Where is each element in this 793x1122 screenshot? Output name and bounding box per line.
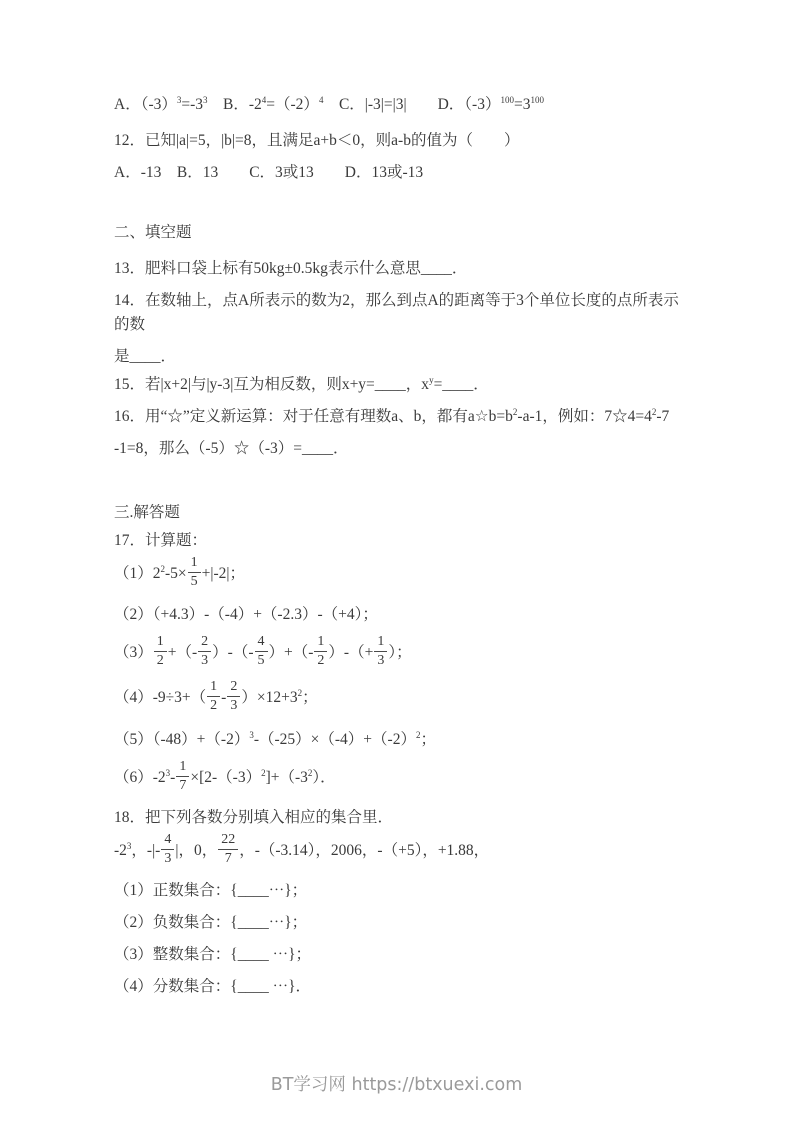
q17-part-1: （1）22-5×15+|-2|； [114,557,682,592]
exponent: 2 [513,407,518,417]
footer-watermark: BT学习网 https://btxuexi.com [0,1071,793,1096]
q17-part-5: （5）（-48）+（-2）3-（-25）×（-4）+（-2）2； [114,727,682,753]
fraction: 12 [154,634,167,669]
q17-part-3: （3）12+（-23）-（-45）+（-12）-（+13）； [114,636,682,671]
exponent: 2 [652,407,657,417]
fraction: 17 [176,759,189,794]
fraction: 23 [227,679,240,714]
q16-text-line2: -1=8，那么（-5）☆（-3）=____． [114,437,682,461]
exponent: 2 [261,768,266,778]
q17-part-4: （4）-9÷3+（12-23）×12+32； [114,681,682,716]
q17-label: 17．计算题： [114,529,682,553]
exponent: 4 [319,95,324,105]
q17-part-2: （2）（+4.3）-（-4）+（-2.3）-（+4）； [114,602,682,628]
q17-part-6: （6）-23-17×[2-（-3）2]+（-32）． [114,761,682,796]
q18-part-4: （4）分数集合：{____ ⋯}． [114,975,682,999]
exponent: 3 [166,768,171,778]
fraction: 43 [161,832,174,867]
fraction: 45 [255,634,268,669]
q18-numbers: -23，-|-43|，0，227，-（-3.14），2006，-（+5），+1.… [114,834,682,869]
exponent: 3 [177,95,182,105]
fraction: 13 [374,634,387,669]
section-3-heading: 三.解答题 [114,501,682,525]
fraction: 12 [207,679,220,714]
q18-part-3: （3）整数集合：{____ ⋯}； [114,943,682,967]
q18-part-2: （2）负数集合：{____⋯}； [114,911,682,935]
q11-options-line: A．（-3）3=-33 B．-24=（-2）4 C．|-3|=|3| D．（-3… [114,93,682,117]
q13-text: 13．肥料口袋上标有50kg±0.5kg表示什么意思____． [114,257,682,281]
exponent: 3 [203,95,208,105]
fraction: 15 [188,555,201,590]
section-2-heading: 二、填空题 [114,221,682,245]
q15-text: 15．若|x+2|与|y-3|互为相反数，则x+y=____，xy=____． [114,373,682,397]
exponent: 2 [308,768,313,778]
fraction: 227 [218,832,238,867]
worksheet-page: A．（-3）3=-33 B．-24=（-2）4 C．|-3|=|3| D．（-3… [0,0,793,1122]
exponent: 2 [298,688,303,698]
exponent: 2 [161,564,166,574]
fraction: 23 [198,634,211,669]
exponent: 3 [127,841,132,851]
exponent: 4 [262,95,267,105]
q18-part-1: （1）正数集合：{____⋯}； [114,879,682,903]
q12-options: A．-13 B．13 C．3或13 D．13或-13 [114,161,682,185]
q14-text-line1: 14．在数轴上，点A所表示的数为2，那么到点A的距离等于3个单位长度的点所表示的… [114,289,682,337]
q16-text-line1: 16．用“☆”定义新运算：对于任意有理数a、b，都有a☆b=b2-a-1，例如：… [114,405,682,429]
q18-label: 18．把下列各数分别填入相应的集合里． [114,806,682,830]
exponent: 100 [530,95,544,105]
exponent: 100 [500,95,514,105]
fraction: 12 [314,634,327,669]
exponent: 3 [249,729,254,739]
q12-text: 12．已知|a|=5，|b|=8，且满足a+b＜0，则a-b的值为（ ） [114,129,682,153]
exponent: y [429,375,434,385]
exponent: 2 [416,729,421,739]
worksheet-content: A．（-3）3=-33 B．-24=（-2）4 C．|-3|=|3| D．（-3… [114,93,682,1009]
q14-text-line2: 是____． [114,345,682,369]
